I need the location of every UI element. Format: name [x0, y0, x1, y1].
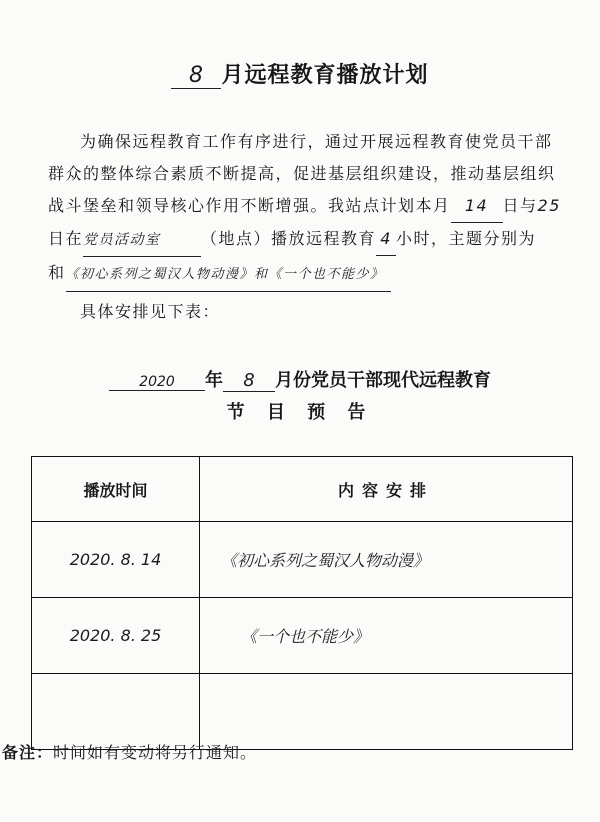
schedule-month-blank: 8: [223, 370, 275, 392]
paragraph-line-4: 日在党员活动室（地点）播放远程教育4小时，主题分别为: [48, 223, 568, 257]
topics-blank: 《初心系列之蜀汉人物动漫》和《一个也不能少》: [66, 259, 391, 292]
year-label: 年: [205, 370, 223, 391]
header-broadcast-time: 播放时间: [32, 457, 200, 522]
paragraph-line-2: 群众的整体综合素质不断提高，促进基层组织建设，推动基层组织: [48, 158, 568, 190]
program-preview-heading: 节 目 预 告: [0, 398, 600, 424]
row-content: [200, 674, 573, 750]
paragraph-line-3: 战斗堡垒和领导核心作用不断增强。我站点计划本月14日与25: [48, 190, 568, 223]
line4-suffix: 小时，主题分别为: [396, 229, 536, 248]
table-row: [32, 674, 573, 750]
header-content: 内容安排: [200, 457, 573, 522]
schedule-heading: 2020年8月份党员干部现代远程教育: [0, 366, 600, 392]
line5-prefix: 和: [48, 263, 66, 282]
year-blank: 2020: [109, 374, 205, 391]
line3-prefix: 战斗堡垒和领导核心作用不断增强。我站点计划本月: [48, 196, 451, 215]
remark-label: 备注：: [2, 743, 53, 762]
title-month-blank: 8: [171, 63, 221, 89]
remark-text: 时间如有变动将另行通知。: [53, 743, 257, 762]
remark: 备注：时间如有变动将另行通知。: [2, 740, 257, 763]
schedule-heading-rest: 月份党员干部现代远程教育: [275, 370, 491, 391]
content-value: 《初心系列之蜀汉人物动漫》: [201, 551, 429, 570]
row-content: 《一个也不能少》: [200, 598, 573, 674]
document-page: 8月远程教育播放计划 为确保远程教育工作有序进行，通过开展远程教育使党员干部 群…: [0, 0, 600, 822]
paragraph-line-1: 为确保远程教育工作有序进行，通过开展远程教育使党员干部: [48, 126, 568, 158]
table-row: 2020. 8. 14 《初心系列之蜀汉人物动漫》: [32, 522, 573, 598]
document-title: 8月远程教育播放计划: [0, 58, 600, 89]
row-time: 2020. 8. 25: [32, 598, 200, 674]
line4-prefix: 日在: [48, 229, 83, 248]
location-blank: 党员活动室: [83, 224, 201, 257]
hours-blank: 4: [376, 223, 396, 256]
time-value: 2020. 8. 14: [70, 550, 162, 569]
line3-mid: 日与: [503, 196, 538, 215]
row-content: 《初心系列之蜀汉人物动漫》: [200, 522, 573, 598]
content-value: 《一个也不能少》: [201, 627, 369, 646]
row-time: [32, 674, 200, 750]
table-header-row: 播放时间 内容安排: [32, 457, 573, 522]
line4-mid: （地点）播放远程教育: [201, 229, 376, 248]
day2-value: 25: [538, 196, 561, 215]
paragraph-line-6: 具体安排见下表：: [48, 296, 568, 328]
table-row: 2020. 8. 25 《一个也不能少》: [32, 598, 573, 674]
day1-blank: 14: [451, 190, 503, 223]
row-time: 2020. 8. 14: [32, 522, 200, 598]
title-text: 月远程教育播放计划: [221, 63, 428, 88]
schedule-table: 播放时间 内容安排 2020. 8. 14 《初心系列之蜀汉人物动漫》 2020…: [31, 456, 573, 750]
intro-paragraph: 为确保远程教育工作有序进行，通过开展远程教育使党员干部 群众的整体综合素质不断提…: [48, 126, 568, 328]
paragraph-line-5: 和《初心系列之蜀汉人物动漫》和《一个也不能少》: [48, 257, 568, 292]
time-value: 2020. 8. 25: [70, 626, 162, 645]
